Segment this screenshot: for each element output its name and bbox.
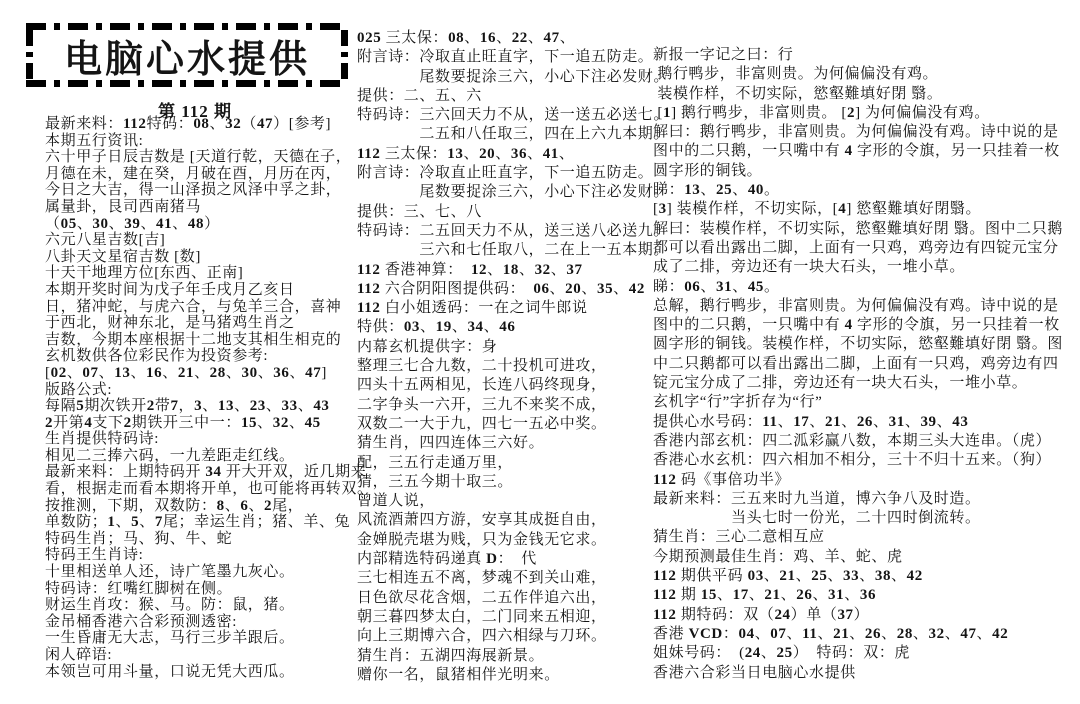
text-line: 曾道人说，	[357, 492, 669, 511]
text-line: 112 期供平码 03、21、25、33、38、42	[653, 567, 1063, 586]
text-line: 日色欲尽花含烟，二五作伴追六出，	[357, 589, 669, 608]
masthead-title-box: 电脑心水提供	[26, 23, 348, 87]
text-line: 三六和七任取八，二在上一五本期。	[357, 241, 669, 260]
text-line: 附言诗：冷取直止旺直字，下一追五防走。	[357, 164, 669, 183]
text-line: 赠你一名，鼠猪相伴光明来。	[357, 666, 669, 685]
text-line: 112 期特码：双（24）单（37）	[653, 606, 1063, 625]
text-line: 特码诗：二五回天力不从，送三送八必送九。	[357, 222, 669, 241]
text-line: 睇：06、31、45。	[653, 278, 1063, 297]
text-line: 猜，三五今期十取三。	[357, 473, 669, 492]
text-line: 猜生肖：三心二意相互应	[653, 528, 1063, 547]
text-line: 玄机数供各位彩民作为投资参考:	[45, 348, 373, 365]
text-line: 特码生肖；马、狗、牛、蛇	[45, 531, 373, 548]
text-line: 月德在未，建在癸，月破在酉，月历在丙，	[45, 166, 373, 183]
text-line: 都可以看出露出二脚，上面有一只鸡，鸡旁边有四锭元宝分	[653, 239, 1063, 258]
text-line: 一生昏庸无大志，马行三步羊跟后。	[45, 630, 373, 647]
text-line: 相见二三捧六码，一九差距走红线。	[45, 448, 373, 465]
text-line: 姐妹号码： (24、25） 特码：双：虎	[653, 644, 1063, 663]
text-line: 香港心水玄机：四六相加不相分，三十不归十五来。（狗）	[653, 451, 1063, 470]
text-line: 112 六合阴阳图提供码： 06、20、35、42	[357, 280, 669, 299]
text-line: 八卦天文星宿吉数 [数]	[45, 249, 373, 266]
text-line: 本领岂可用斗量，口说无凭大西瓜。	[45, 664, 373, 681]
text-line: 今日之大吉，得一山泽损之风泽中孚之卦，	[45, 182, 373, 199]
text-line: 解曰：装模作样，不切实际，慾壑難填好閉 翳。图中二只鹅	[653, 220, 1063, 239]
page-title: 电脑心水提供	[26, 23, 348, 87]
text-line: 六十甲子日辰吉数是 [天道行乾，天德在子，	[45, 149, 373, 166]
text-line: 十里相送单人还，诗广笔墨九灰心。	[45, 564, 373, 581]
text-line: 新报一字记之曰：行	[653, 46, 1063, 65]
text-line: 朝三暮四梦太白，二门同来五相迎，	[357, 608, 669, 627]
text-line: 提供心水号码：11、17、21、26、31、39、43	[653, 413, 1063, 432]
text-line: 特码王生肖诗:	[45, 547, 373, 564]
text-line: 提供：二、五、六	[357, 87, 669, 106]
middle-column: 025 三太保：08、16、22、47、附言诗：冷取直止旺直字，下一追五防走。 …	[357, 29, 669, 685]
text-line: 内幕玄机提供字：身	[357, 338, 669, 357]
text-line: 猜生肖，四四连体三六好。	[357, 434, 669, 453]
text-line: 尾数要捉涂三六，小心下注必发财。	[357, 68, 669, 87]
text-line: 整理三七合九数，二十投机可进攻，	[357, 357, 669, 376]
text-line: 图中的二只鹅，一只嘴中有 4 字形的令旗，另一只挂着一枚	[653, 316, 1063, 335]
text-line: 2开第4支下2期铁开三中一：15、32、45	[45, 415, 373, 432]
text-line: 二字争头一六开，三九不来奖不成，	[357, 396, 669, 415]
text-line: 最新来料：112特码：08、32（47）[参考]	[45, 116, 373, 133]
text-line: 内部精选特码递真 D： 代	[357, 550, 669, 569]
text-line: 香港内部玄机：四二泒彩赢八数，本期三头大连串。（虎）	[653, 432, 1063, 451]
text-line: 本期开奖时间为戊子年壬戌月乙亥日	[45, 282, 373, 299]
text-line: 解曰：鹅行鸭步，非富则贵。为何偏偏没有鸡。诗中说的是	[653, 123, 1063, 142]
left-column: 最新来料：112特码：08、32（47）[参考]本期五行资讯:六十甲子日辰吉数是…	[45, 116, 373, 680]
text-line: [3] 装模作样，不切实际，[4] 慾壑難填好閉翳。	[653, 200, 1063, 219]
text-line: 112 香港神算： 12、18、32、37	[357, 261, 669, 280]
text-line: 三七相连五不离，梦魂不到关山难，	[357, 569, 669, 588]
text-line: 六元八星吉数[吉]	[45, 232, 373, 249]
text-line: 配，三五行走通万里，	[357, 454, 669, 473]
right-column: 新报一字记之曰：行 鹅行鸭步，非富则贵。为何偏偏没有鸡。 装模作样，不切实际，慾…	[653, 46, 1063, 683]
text-line: 最新来料：三五来时九当道，博六争八及时造。	[653, 490, 1063, 509]
text-line: 附言诗：冷取直止旺直字，下一追五防走。	[357, 48, 669, 67]
text-line: 生肖提供特码诗:	[45, 431, 373, 448]
lottery-tip-sheet-page: 电脑心水提供 第 112 期 最新来料：112特码：08、32（47）[参考]本…	[0, 0, 1080, 704]
text-line: 特供：03、19、34、46	[357, 318, 669, 337]
text-line: 于西北，财神东北，是马猪鸡生肖之	[45, 315, 373, 332]
text-line: 112 期 15、17、21、26、31、36	[653, 586, 1063, 605]
text-line: 装模作样，不切实际，慾壑難填好閉 翳。	[653, 85, 1063, 104]
text-line: 成了二排，旁边还有一块大石头，一堆小草。	[653, 258, 1063, 277]
text-line: 当头七时一份光，二十四时倒流转。	[653, 509, 1063, 528]
text-line: 112 白小姐透码：一在之词牛郎说	[357, 299, 669, 318]
text-line: 财运生肖攻：猴、马。防：鼠，猪。	[45, 597, 373, 614]
text-line: 每隔5期次铁开2带7，3、13、23、33、43	[45, 398, 373, 415]
text-line: （05、30、39、41、48）	[45, 216, 373, 233]
text-line: 本期五行资讯:	[45, 133, 373, 150]
text-line: 单数防；1、5、7尾；幸运生肖；猪、羊、兔	[45, 514, 373, 531]
text-line: 十天干地理方位[东西、正南]	[45, 265, 373, 282]
text-line: 尾数要捉涂三六，小心下注必发财。	[357, 183, 669, 202]
text-line: 版路公式:	[45, 382, 373, 399]
text-line: 图中的二只鹅，一只嘴中有 4 字形的令旗，另一只挂着一枚	[653, 142, 1063, 161]
text-line: 锭元宝分成了二排，旁边还有一块大石头，一堆小草。	[653, 374, 1063, 393]
text-line: 香港六合彩当日电脑心水提供	[653, 664, 1063, 683]
text-line: 112 三太保：13、20、36、41、	[357, 145, 669, 164]
text-line: 向上三期博六合，四六相绿与刀环。	[357, 627, 669, 646]
text-line: 025 三太保：08、16、22、47、	[357, 29, 669, 48]
text-line: 今期预测最佳生肖：鸡、羊、蛇、虎	[653, 548, 1063, 567]
text-line: 鹅行鸭步，非富则贵。为何偏偏没有鸡。	[653, 65, 1063, 84]
text-line: 金婵脱壳堪为贱，只为金钱无它求。	[357, 531, 669, 550]
text-line: 看，根据走而看本期将开单，也可能将再转双。	[45, 481, 373, 498]
text-line: [02、07、13、16、21、28、30、36、47]	[45, 365, 373, 382]
text-line: 闲人碎语:	[45, 647, 373, 664]
text-line: 双数二一大于九，四七一五必中奖。	[357, 415, 669, 434]
text-line: [1] 鹅行鸭步，非富则贵。 [2] 为何偏偏没有鸡。	[653, 104, 1063, 123]
text-line: 吉数，今期本座根据十二地支其相生相克的	[45, 332, 373, 349]
text-line: 按推测，下期，双数防：8、6、2尾，	[45, 498, 373, 515]
text-line: 最新来料：上期特码开 34 开大开双，近几期来	[45, 464, 373, 481]
text-line: 中二只鹅都可以看出露出二脚，上面有一只鸡，鸡旁边有四	[653, 355, 1063, 374]
text-line: 圆字形的铜钱。	[653, 162, 1063, 181]
text-line: 圆字形的铜钱。装模作样，不切实际，慾壑難填好閉 翳。图	[653, 335, 1063, 354]
text-line: 风流酒萧四方游，安享其成挺自由，	[357, 511, 669, 530]
text-line: 112 码《事倍功半》	[653, 471, 1063, 490]
text-line: 二五和八任取三，四在上六九本期。	[357, 125, 669, 144]
text-line: 提供：三、七、八	[357, 203, 669, 222]
text-line: 金吊桶香港六合彩预测透密:	[45, 614, 373, 631]
text-line: 猜生肖：五湖四海展新景。	[357, 647, 669, 666]
text-line: 香港 VCD：04、07、11、21、26、28、32、47、42	[653, 625, 1063, 644]
text-line: 总解，鹅行鸭步，非富则贵。为何偏偏没有鸡。诗中说的是	[653, 297, 1063, 316]
text-line: 属量卦，艮司西南猪马	[45, 199, 373, 216]
text-line: 特码诗：红嘴红脚树在侧。	[45, 581, 373, 598]
text-line: 四头十五两相见，长连八码终现身，	[357, 376, 669, 395]
text-line: 玄机字“行”字折存为“行”	[653, 393, 1063, 412]
text-line: 特码诗：三六回天力不从，送一送五必送七。	[357, 106, 669, 125]
text-line: 日，猪冲蛇，与虎六合，与兔羊三合，喜神	[45, 299, 373, 316]
text-line: 睇：13、25、40。	[653, 181, 1063, 200]
